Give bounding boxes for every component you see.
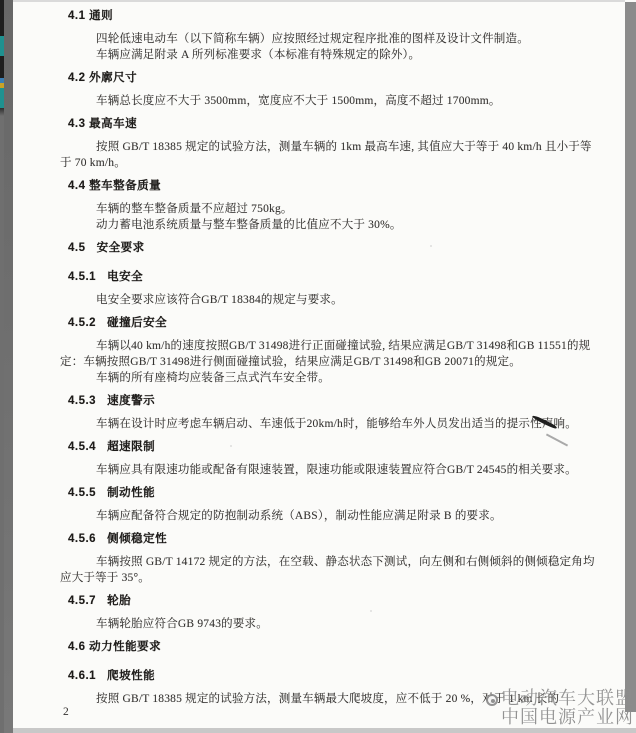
- section-heading: 4.1 通则: [68, 8, 626, 24]
- paragraph-line: 车辆以40 km/h的速度按照GB/T 31498进行正面碰撞试验, 结果应满足…: [96, 338, 626, 354]
- paragraph-line: 动力蓄电池系统质量与整车整备质量的比值应不大于 30%。: [96, 217, 626, 233]
- paragraph-line: 车辆的所有座椅均应装备三点式汽车安全带。: [96, 370, 626, 386]
- paragraph-line: 应大于等于 35°。: [60, 570, 626, 586]
- watermark: 电动汽车大联盟 中国电源产业网: [486, 689, 634, 727]
- section-heading: 4.2 外廓尺寸: [68, 70, 626, 86]
- paragraph-line: 定：车辆按照GB/T 31498进行侧面碰撞试验，结果应满足GB/T 31498…: [60, 354, 626, 370]
- section-heading: 4.4 整车整备质量: [68, 178, 626, 194]
- section-heading: 4.5.7 轮胎: [68, 593, 626, 609]
- paragraph-line: 车辆应具有限速功能或配备有限速装置，限速功能或限速装置应符合GB/T 24545…: [96, 462, 626, 478]
- section-heading: 4.5.6 侧倾稳定性: [68, 531, 626, 547]
- scan-right-edge: [625, 2, 636, 712]
- section-heading: 4.5.4 超速限制: [68, 439, 626, 455]
- paragraph-line: 车辆按照 GB/T 14172 规定的方法，在空载、静态状态下测试，向左侧和右侧…: [96, 554, 626, 570]
- scanned-document-page: 4.1 通则四轮低速电动车（以下简称车辆）应按照经过规定程序批准的图样及设计文件…: [0, 0, 636, 733]
- scan-bottom-edge: [13, 728, 636, 733]
- paragraph-line: 四轮低速电动车（以下简称车辆）应按照经过规定程序批准的图样及设计文件制造。: [96, 31, 626, 47]
- paragraph-line: 车辆的整车整备质量不应超过 750kg。: [96, 201, 626, 217]
- watermark-line-1: 电动汽车大联盟: [486, 689, 634, 708]
- section-heading: 4.5.5 制动性能: [68, 485, 626, 501]
- alliance-logo-icon: [486, 694, 498, 706]
- section-heading: 4.6 动力性能要求: [68, 639, 626, 655]
- section-heading: 4.5.1 电安全: [68, 269, 626, 285]
- paragraph-line: 于 70 km/h。: [60, 155, 626, 171]
- watermark-alliance-text: 电动汽车大联盟: [501, 688, 634, 708]
- paragraph-line: 车辆轮胎应符合GB 9743的要求。: [96, 616, 626, 632]
- paragraph-line: 车辆总长度应不大于 3500mm，宽度应不大于 1500mm，高度不超过 170…: [96, 93, 626, 109]
- section-heading: 4.5.3 速度警示: [68, 393, 626, 409]
- section-heading: 4.5.2 碰撞后安全: [68, 315, 626, 331]
- paragraph-line: 车辆应满足附录 A 所列标准要求（本标准有特殊规定的除外）。: [96, 47, 626, 63]
- section-heading: 4.6.1 爬坡性能: [68, 668, 626, 684]
- paragraph-line: 电安全要求应该符合GB/T 18384的规定与要求。: [96, 292, 626, 308]
- paragraph-line: 按照 GB/T 18385 规定的试验方法，测量车辆的 1km 最高车速, 其值…: [96, 139, 626, 155]
- page-number: 2: [63, 706, 69, 718]
- watermark-line-2: 中国电源产业网: [486, 708, 634, 727]
- section-heading: 4.3 最高车速: [68, 116, 626, 132]
- paragraph-line: 车辆应配备符合规定的防抱制动系统（ABS），制动性能应满足附录 B 的要求。: [96, 508, 626, 524]
- document-content: 4.1 通则四轮低速电动车（以下简称车辆）应按照经过规定程序批准的图样及设计文件…: [60, 0, 626, 707]
- scan-left-edge-gray: [4, 0, 13, 733]
- section-heading: 4.5 安全要求: [68, 240, 626, 256]
